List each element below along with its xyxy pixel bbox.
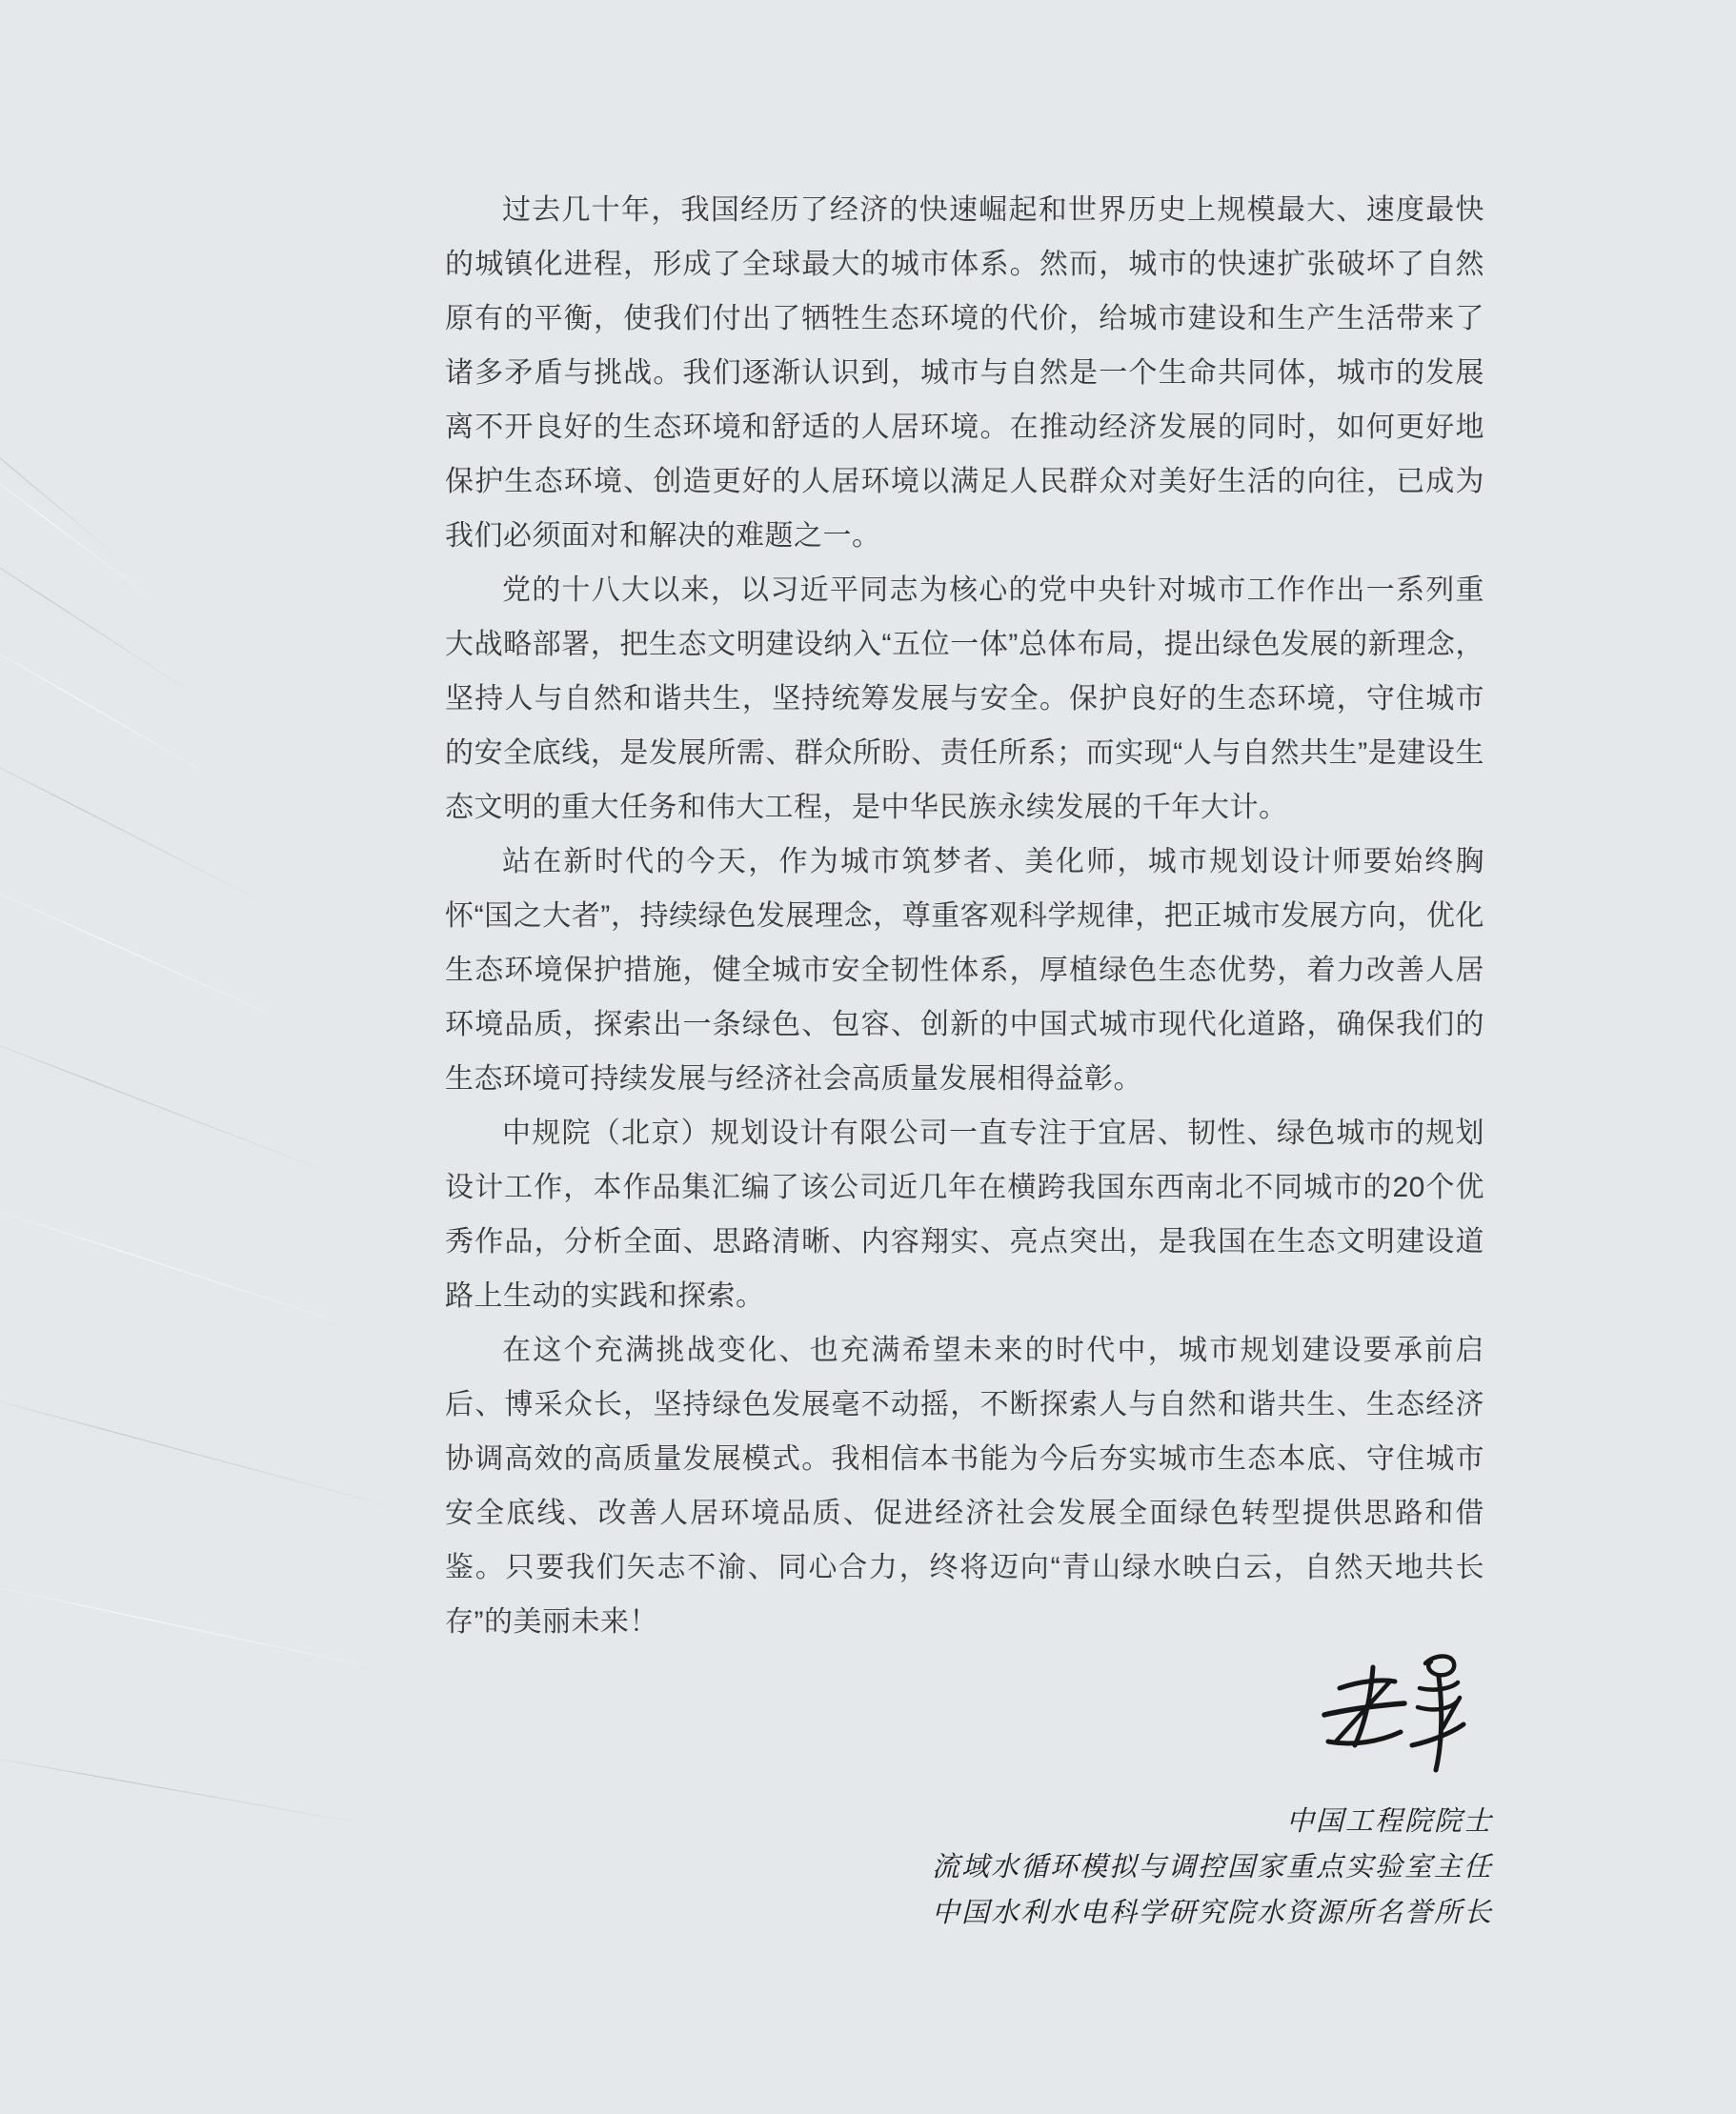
foreword-text-block: 过去几十年，我国经历了经济的快速崛起和世界历史上规模最大、速度最快的城镇化进程，… [445,183,1484,1649]
author-title-line: 中国工程院院士 [932,1799,1493,1844]
foreword-paragraph: 站在新时代的今天，作为城市筑梦者、美化师，城市规划设计师要始终胸怀“国之大者”，… [445,835,1484,1106]
book-foreword-page: 过去几十年，我国经历了经济的快速崛起和世界历史上规模最大、速度最快的城镇化进程，… [0,0,1736,2114]
author-title-line: 中国水利水电科学研究院水资源所名誉所长 [932,1890,1493,1936]
author-titles-block: 中国工程院院士 流域水循环模拟与调控国家重点实验室主任 中国水利水电科学研究院水… [932,1799,1493,1936]
handwritten-signature-icon [1313,1650,1477,1782]
foreword-paragraph: 在这个充满挑战变化、也充满希望未来的时代中，城市规划建设要承前启后、博采众长，坚… [445,1323,1484,1649]
foreword-paragraph: 过去几十年，我国经历了经济的快速崛起和世界历史上规模最大、速度最快的城镇化进程，… [445,183,1484,563]
foreword-paragraph: 党的十八大以来，以习近平同志为核心的党中央针对城市工作作出一系列重大战略部署，把… [445,563,1484,835]
author-title-line: 流域水循环模拟与调控国家重点实验室主任 [932,1844,1493,1890]
foreword-paragraph: 中规院（北京）规划设计有限公司一直专注于宜居、韧性、绿色城市的规划设计工作，本作… [445,1106,1484,1323]
